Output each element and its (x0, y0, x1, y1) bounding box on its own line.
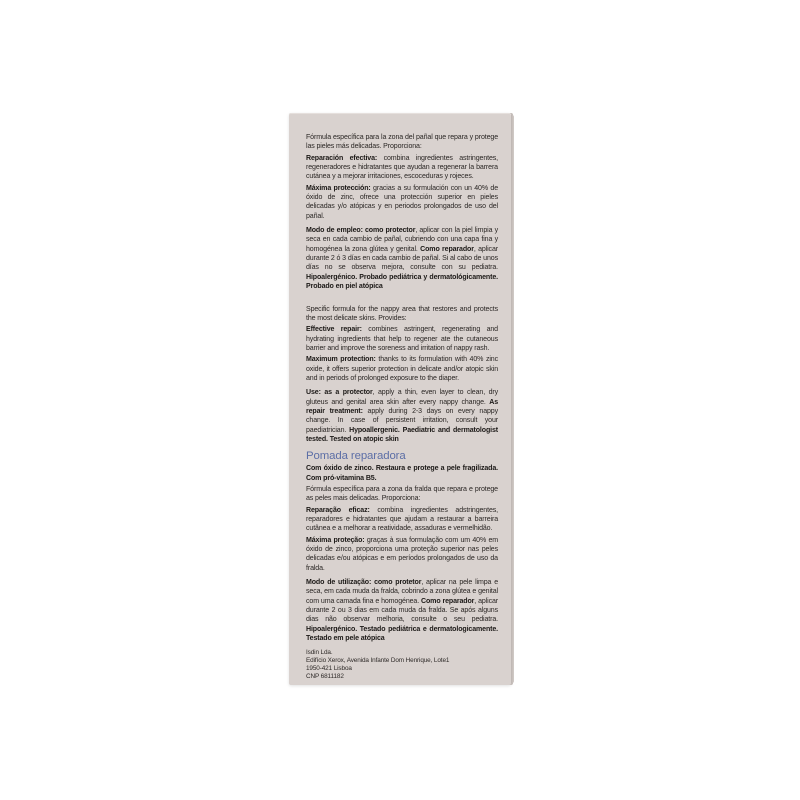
pt-subheading-text: Com óxido de zinco. Restaura e protege a… (306, 465, 498, 481)
es-usage: Modo de empleo: como protector, aplicar … (306, 226, 498, 291)
address-street: Edifício Xerox, Avenida Infante Dom Henr… (306, 657, 498, 665)
pt-claims: Hipoalergénico. Testado pediátrica e der… (306, 626, 498, 642)
en-protection: Maximum protection: thanks to its formul… (306, 355, 498, 383)
en-usage-label: Use: as a protector (306, 389, 373, 396)
es-repair: Reparación efectiva: combina ingrediente… (306, 154, 498, 182)
portuguese-section: Pomada reparadora Com óxido de zinco. Re… (306, 450, 498, 643)
pt-subheading: Com óxido de zinco. Restaura e protege a… (306, 464, 498, 483)
en-usage: Use: as a protector, apply a thin, even … (306, 388, 498, 444)
es-protection: Máxima protección: gracias a su formulac… (306, 184, 498, 221)
en-repair: Effective repair: combines astringent, r… (306, 325, 498, 353)
pt-repair-label: Reparação eficaz: (306, 507, 370, 514)
pt-repair: Reparação eficaz: combina ingredientes a… (306, 506, 498, 534)
pt-usage-label: Modo de utilização: como protetor (306, 579, 421, 586)
pt-repairer-label: Como reparador (421, 598, 474, 605)
address-city: 1950-421 Lisboa (306, 665, 498, 673)
pt-heading: Pomada reparadora (306, 450, 498, 463)
english-section: Specific formula for the nappy area that… (306, 305, 498, 445)
es-protection-label: Máxima protección: (306, 185, 371, 192)
es-usage-label: Modo de empleo: como protector (306, 227, 415, 234)
es-repairer-label: Como reparador (420, 246, 474, 253)
en-repair-label: Effective repair: (306, 326, 362, 333)
manufacturer-address: Isdin Lda. Edifício Xerox, Avenida Infan… (306, 649, 498, 682)
pt-protection: Máxima proteção: graças à sua formulação… (306, 536, 498, 573)
pt-protection-label: Máxima proteção: (306, 537, 365, 544)
product-box-side-panel: Fórmula específica para la zona del paña… (289, 113, 511, 685)
label-text-block: Fórmula específica para la zona del paña… (306, 133, 498, 682)
address-company: Isdin Lda. (306, 649, 498, 657)
pt-usage: Modo de utilização: como protetor, aplic… (306, 578, 498, 643)
spanish-section: Fórmula específica para la zona del paña… (306, 133, 498, 292)
es-intro: Fórmula específica para la zona del paña… (306, 133, 498, 152)
en-intro: Specific formula for the nappy area that… (306, 305, 498, 324)
en-protection-label: Maximum protection: (306, 356, 376, 363)
es-repair-label: Reparación efectiva: (306, 155, 377, 162)
address-cnp: CNP 6811182 (306, 673, 498, 681)
es-claims: Hipoalergénico. Probado pediátrica y der… (306, 274, 498, 290)
pt-intro: Fórmula específica para a zona da fralda… (306, 485, 498, 504)
